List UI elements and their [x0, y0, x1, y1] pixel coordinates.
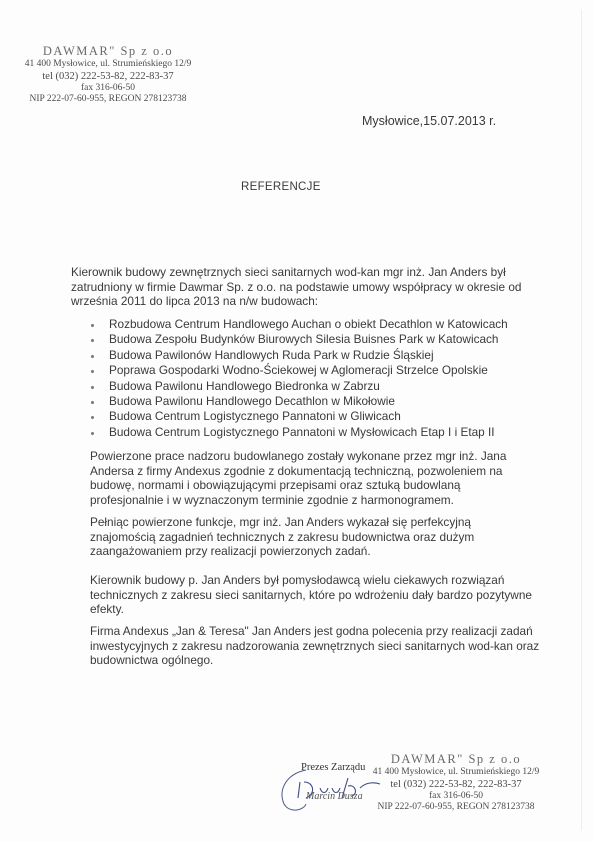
paragraph-supervision: Powierzone prace nadzoru budowlanego zos… — [90, 449, 530, 507]
stamp-tel: tel (032) 222-53-82, 222-83-37 — [366, 779, 546, 791]
stamp-address: 41 400 Mysłowice, ul. Strumieńskiego 12/… — [18, 59, 198, 71]
project-list: Rozbudowa Centrum Handlowego Auchan o ob… — [88, 317, 508, 440]
stamp-company-name: DAWMAR" Sp z o.o — [18, 44, 198, 59]
project-item: Budowa Pawilonu Handlowego Biedronka w Z… — [88, 379, 508, 394]
paragraph-competence: Pełniąc powierzone funkcje, mgr inż. Jan… — [90, 515, 530, 559]
project-item: Budowa Pawilonu Handlowego Decathlon w M… — [88, 394, 508, 409]
project-item: Poprawa Gospodarki Wodno-Ściekowej w Agl… — [88, 363, 508, 378]
stamp-ids: NIP 222-07-60-955, REGON 278123738 — [366, 802, 546, 814]
stamp-ids: NIP 222-07-60-955, REGON 278123738 — [18, 94, 198, 106]
document-page: DAWMAR" Sp z o.o 41 400 Mysłowice, ul. S… — [0, 0, 594, 842]
stamp-company-name: DAWMAR" Sp z o.o — [366, 752, 546, 767]
letter-title: REFERENCJE — [241, 181, 321, 193]
stamp-fax: fax 316-06-50 — [366, 791, 546, 803]
company-stamp-top: DAWMAR" Sp z o.o 41 400 Mysłowice, ul. S… — [18, 44, 198, 106]
paragraph-innovation: Kierownik budowy p. Jan Anders był pomys… — [90, 573, 540, 617]
project-item: Budowa Pawilonów Handlowych Ruda Park w … — [88, 348, 508, 363]
project-item: Budowa Centrum Logistycznego Pannatoni w… — [88, 409, 508, 424]
stamp-address: 41 400 Mysłowice, ul. Strumieńskiego 12/… — [366, 767, 546, 779]
paragraph-recommendation: Firma Andexus „Jan & Teresa" Jan Anders … — [90, 624, 540, 668]
letter-date: Mysłowice,15.07.2013 r. — [362, 114, 496, 128]
stamp-fax: fax 316-06-50 — [18, 83, 198, 95]
signatory-role: Prezes Zarządu — [301, 762, 365, 773]
signatory-name: Marcin Dusza — [306, 791, 363, 802]
company-stamp-bottom: DAWMAR" Sp z o.o 41 400 Mysłowice, ul. S… — [366, 752, 546, 814]
intro-paragraph: Kierownik budowy zewnętrznych sieci sani… — [71, 265, 531, 309]
project-item: Budowa Zespołu Budynków Biurowych Silesi… — [88, 332, 508, 347]
page-edge — [581, 10, 582, 830]
project-item: Rozbudowa Centrum Handlowego Auchan o ob… — [88, 317, 508, 332]
project-item: Budowa Centrum Logistycznego Pannatoni w… — [88, 425, 508, 440]
stamp-tel: tel (032) 222-53-82, 222-83-37 — [18, 71, 198, 83]
